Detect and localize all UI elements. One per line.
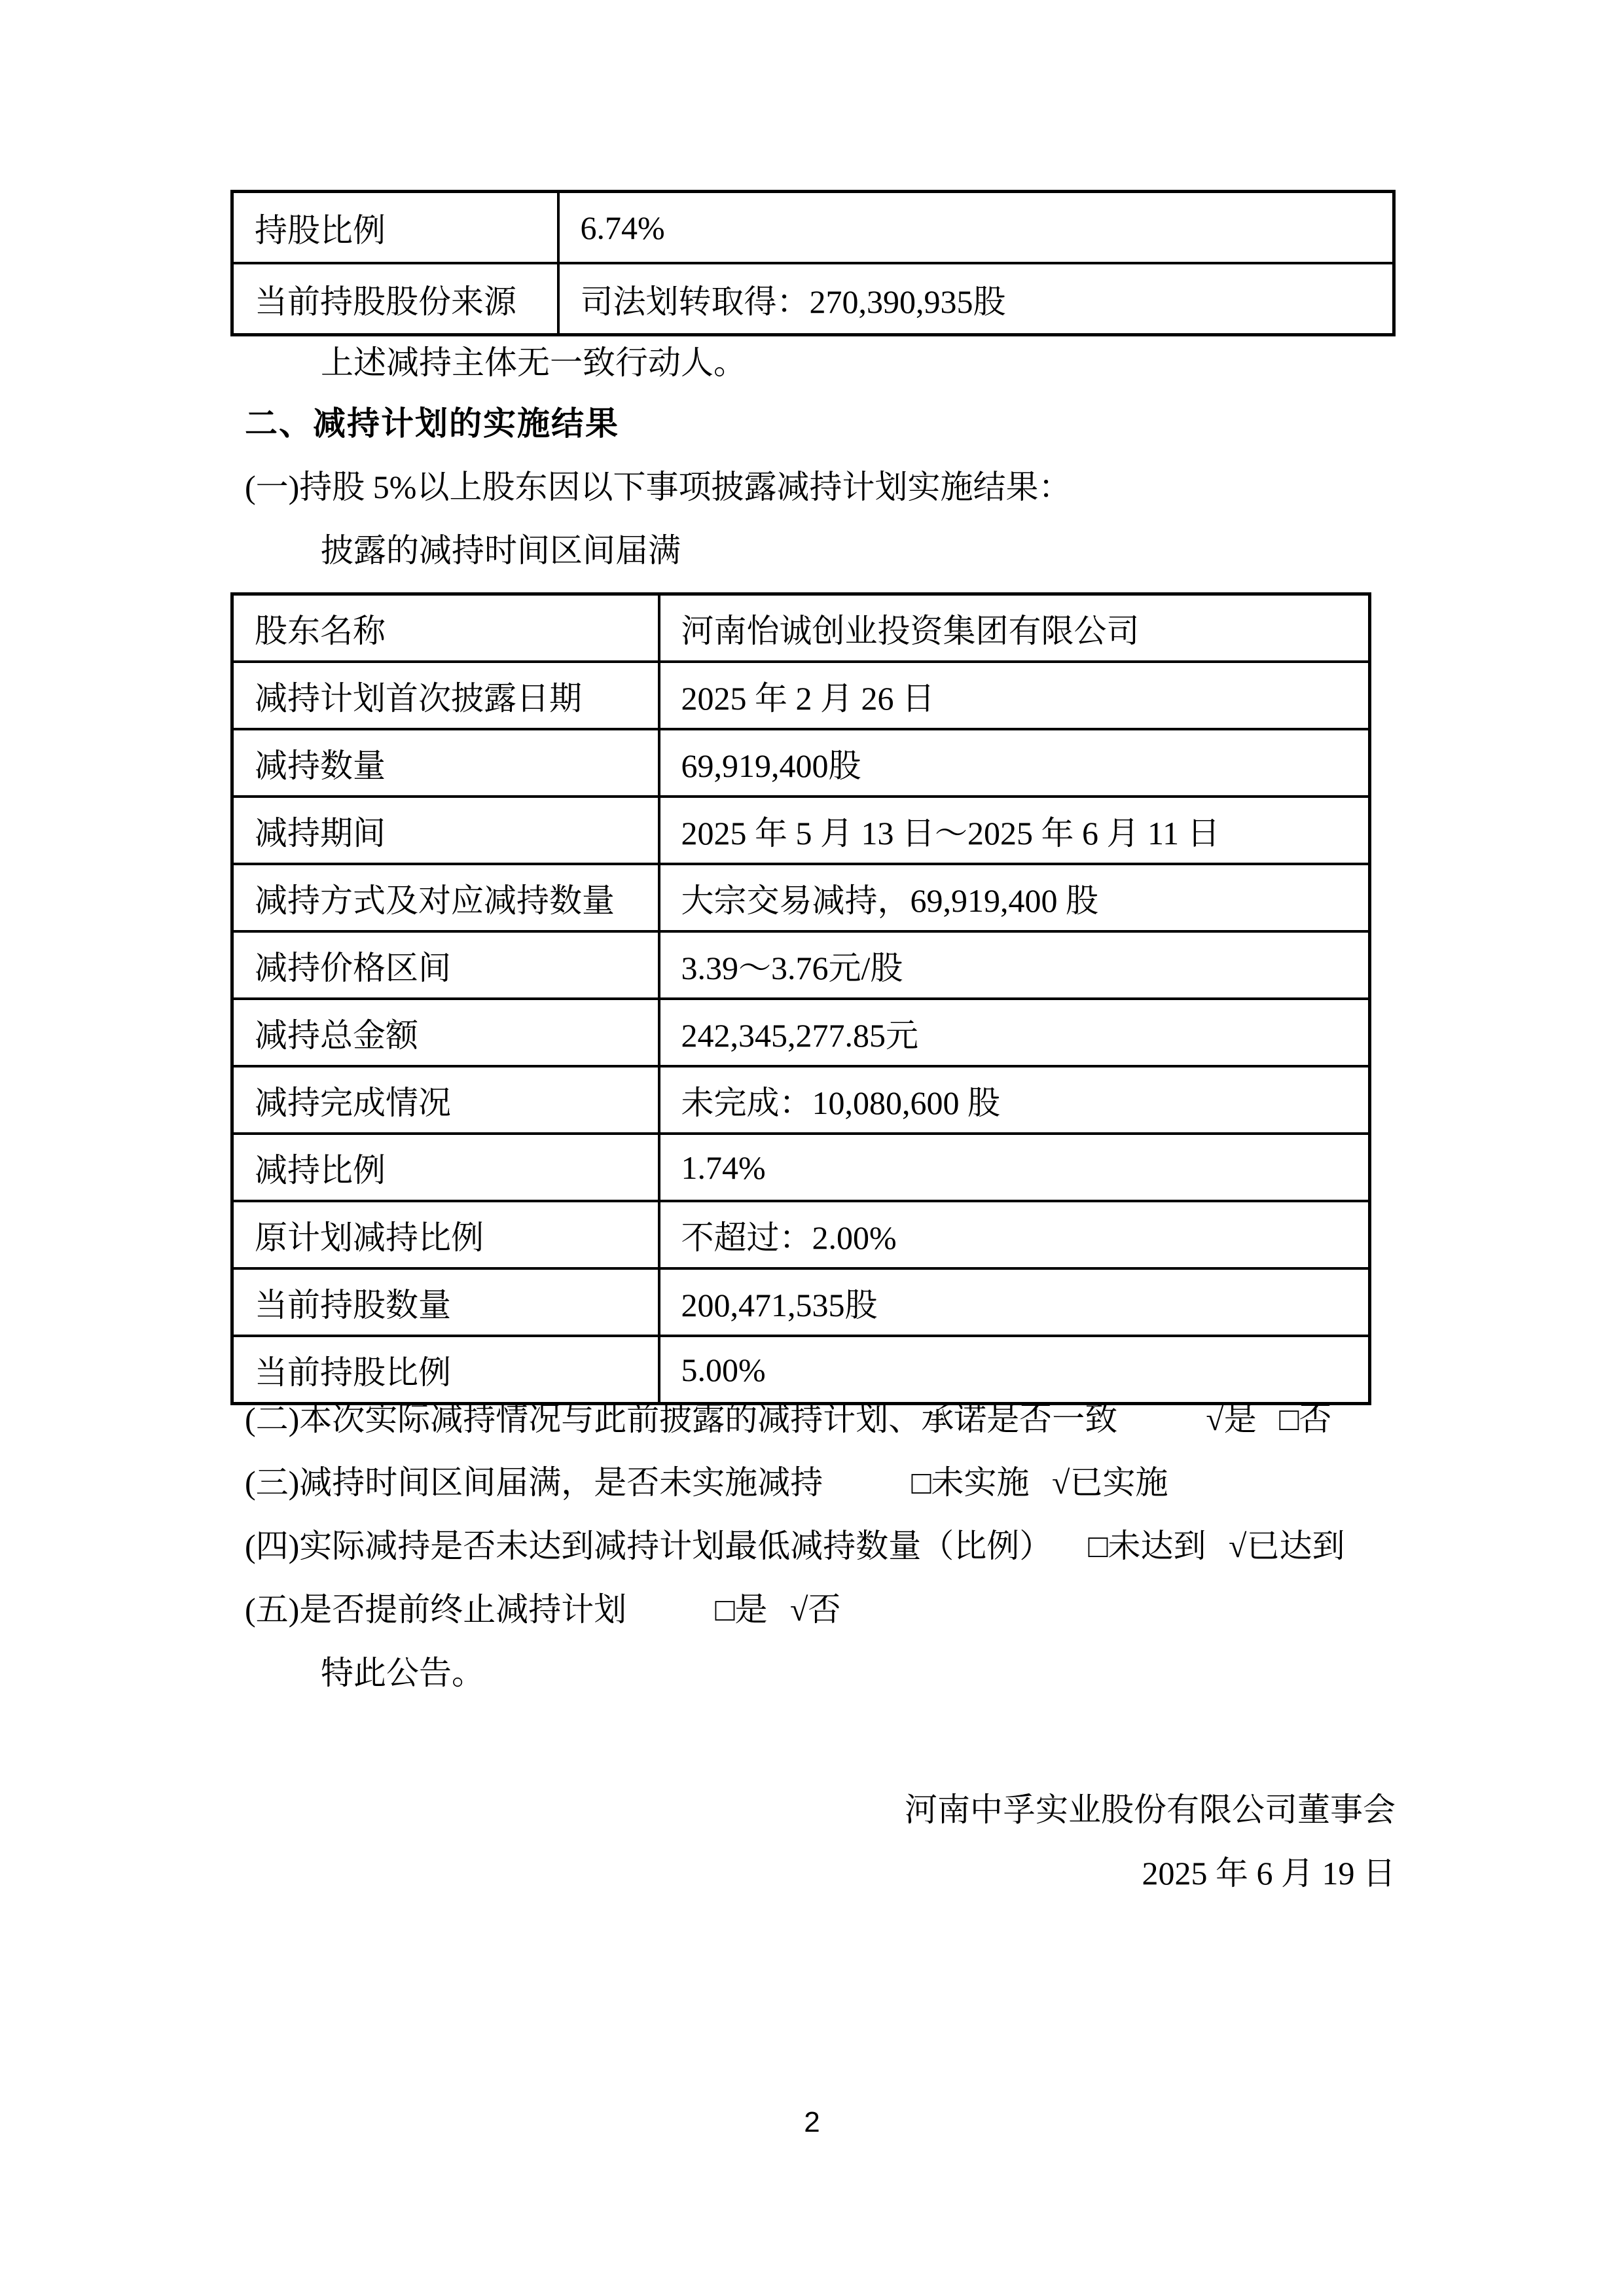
row-label: 减持期间 [232,797,659,864]
row-label: 持股比例 [232,192,558,264]
check-item-options: √是 □否 [1206,1401,1331,1437]
row-label: 当前持股数量 [232,1268,659,1336]
row-label: 减持比例 [232,1134,659,1201]
table-row: 减持比例 1.74% [232,1134,1370,1201]
check-item-options: □是 √否 [715,1591,840,1628]
row-label: 当前持股股份来源 [232,263,558,335]
row-label: 减持价格区间 [232,931,659,999]
check-item-implemented: (三)减持时间区间届满，是否未实施减持□未实施 √已实施 [230,1462,1430,1503]
signature-date: 2025 年 6 月 19 日 [230,1847,1397,1894]
row-label: 减持完成情况 [232,1066,659,1134]
table-row: 减持计划首次披露日期 2025 年 2 月 26 日 [232,662,1370,729]
table-row: 减持完成情况 未完成：10,080,600 股 [232,1066,1370,1134]
row-value: 69,919,400股 [659,729,1370,797]
row-label: 减持数量 [232,729,659,797]
notice-paragraph: 上述减持主体无一致行动人。 [230,342,1506,383]
row-value: 1.74% [659,1134,1370,1201]
row-label: 减持方式及对应减持数量 [232,864,659,931]
row-value: 司法划转取得：270,390,935股 [558,263,1394,335]
check-item-options: □未达到 √已达到 [1088,1528,1344,1564]
document-page: 持股比例 6.74% 当前持股股份来源 司法划转取得：270,390,935股 … [0,0,1624,2296]
row-value: 不超过：2.00% [659,1201,1370,1268]
check-item-text: (三)减持时间区间届满，是否未实施减持 [245,1464,823,1501]
signature-company: 河南中孚实业股份有限公司董事会 [230,1784,1397,1831]
table-row: 减持价格区间 3.39～3.76元/股 [232,931,1370,999]
table-row: 减持数量 69,919,400股 [232,729,1370,797]
page-number: 2 [0,2106,1624,2139]
table-row: 当前持股股份来源 司法划转取得：270,390,935股 [232,263,1394,335]
table-row: 股东名称 河南怡诚创业投资集团有限公司 [232,594,1370,662]
reduction-result-table: 股东名称 河南怡诚创业投资集团有限公司 减持计划首次披露日期 2025 年 2 … [230,592,1371,1405]
row-value: 2025 年 5 月 13 日～2025 年 6 月 11 日 [659,797,1370,864]
row-value: 未完成：10,080,600 股 [659,1066,1370,1134]
disclosure-paragraph: 披露的减持时间区间届满 [230,530,1506,571]
section-heading-text: 二、减持计划的实施结果 [245,405,619,442]
row-value: 大宗交易减持，69,919,400 股 [659,864,1370,931]
section-heading: 二、减持计划的实施结果 [230,403,1430,444]
table-row: 减持总金额 242,345,277.85元 [232,999,1370,1066]
check-item-options: □未实施 √已实施 [911,1464,1168,1501]
row-label: 减持总金额 [232,999,659,1066]
row-value: 河南怡诚创业投资集团有限公司 [659,594,1370,662]
announcement-paragraph: 特此公告。 [230,1653,1506,1693]
table-row: 减持方式及对应减持数量 大宗交易减持，69,919,400 股 [232,864,1370,931]
table-row: 当前持股比例 5.00% [232,1336,1370,1404]
row-label: 减持计划首次披露日期 [232,662,659,729]
row-label: 原计划减持比例 [232,1201,659,1268]
row-label: 当前持股比例 [232,1336,659,1404]
check-item-minimum-reached: (四)实际减持是否未达到减持计划最低减持数量（比例）□未达到 √已达到 [230,1526,1430,1566]
row-value: 242,345,277.85元 [659,999,1370,1066]
row-label: 股东名称 [232,594,659,662]
check-item-text: (二)本次实际减持情况与此前披露的减持计划、承诺是否一致 [245,1401,1117,1437]
table-row: 原计划减持比例 不超过：2.00% [232,1201,1370,1268]
check-item-consistency: (二)本次实际减持情况与此前披露的减持计划、承诺是否一致√是 □否 [230,1399,1430,1439]
row-value: 200,471,535股 [659,1268,1370,1336]
shareholding-summary-table: 持股比例 6.74% 当前持股股份来源 司法划转取得：270,390,935股 [230,190,1396,336]
check-item-text: (五)是否提前终止减持计划 [245,1591,626,1628]
row-value: 3.39～3.76元/股 [659,931,1370,999]
check-item-text: (四)实际减持是否未达到减持计划最低减持数量（比例） [245,1528,1052,1564]
subsection-item1: (一)持股 5%以上股东因以下事项披露减持计划实施结果： [230,467,1430,507]
row-value: 5.00% [659,1336,1370,1404]
row-value: 6.74% [558,192,1394,264]
table-row: 持股比例 6.74% [232,192,1394,264]
table-row: 当前持股数量 200,471,535股 [232,1268,1370,1336]
row-value: 2025 年 2 月 26 日 [659,662,1370,729]
table-row: 减持期间 2025 年 5 月 13 日～2025 年 6 月 11 日 [232,797,1370,864]
check-item-early-termination: (五)是否提前终止减持计划□是 √否 [230,1589,1430,1630]
